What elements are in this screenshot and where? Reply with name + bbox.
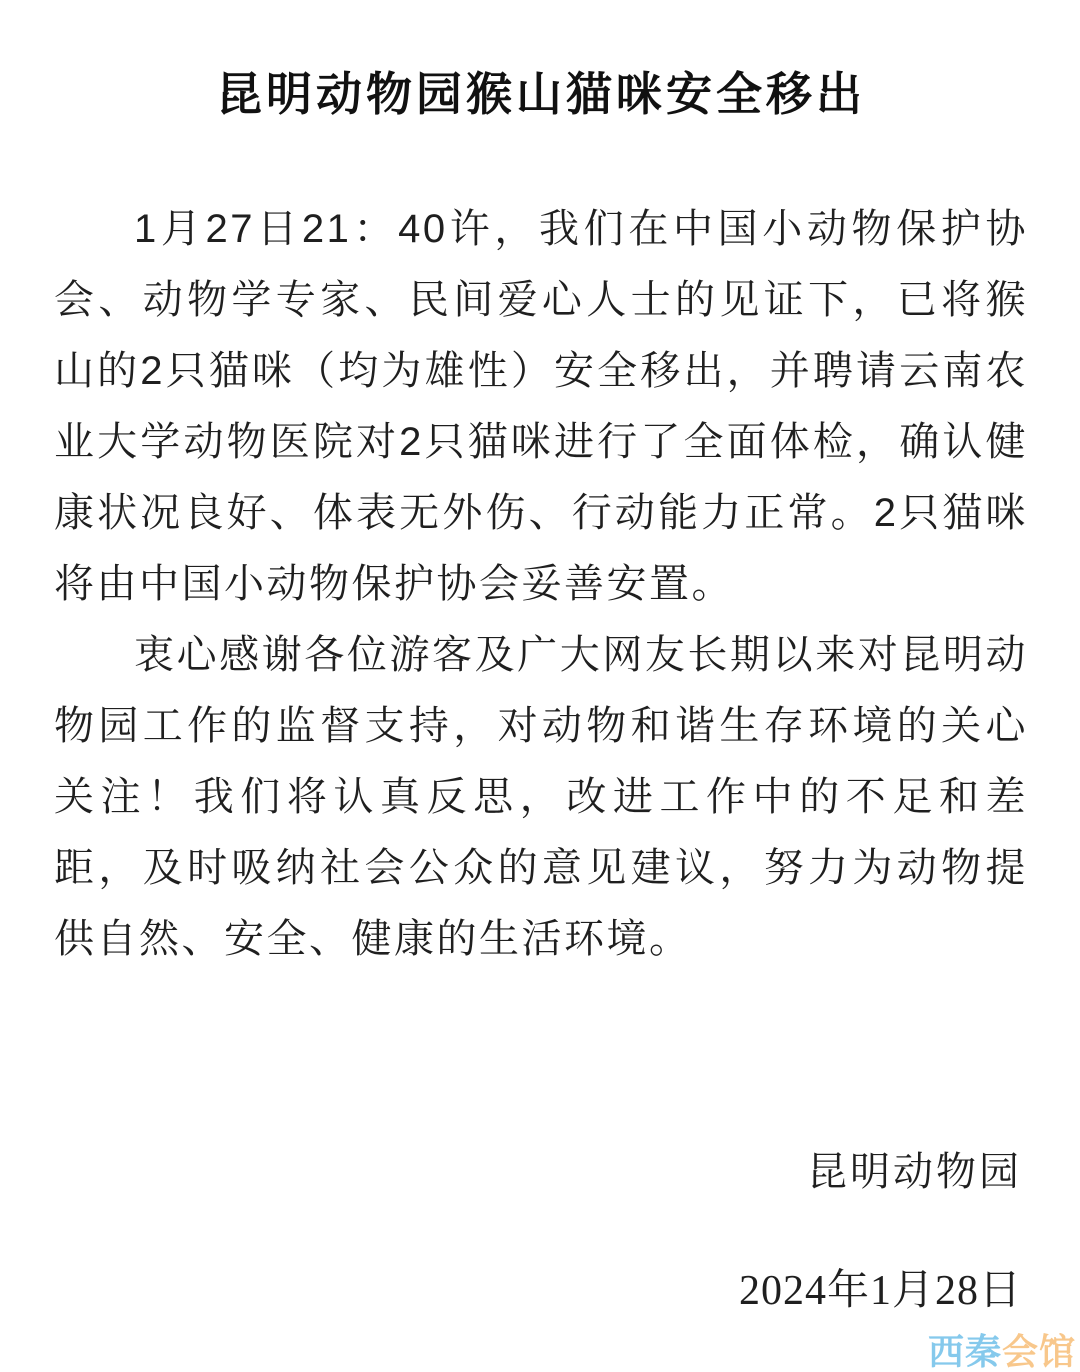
- paragraph-1: 1月27日21：40许，我们在中国小动物保护协会、动物学专家、民间爱心人士的见证…: [54, 194, 1028, 620]
- document-date: 2024年1月28日: [54, 1257, 1028, 1317]
- watermark-part1: 西秦: [928, 1331, 1002, 1372]
- watermark-part2: 会馆: [1002, 1331, 1076, 1372]
- paragraph-2: 衷心感谢各位游客及广大网友长期以来对昆明动物园工作的监督支持，对动物和谐生存环境…: [54, 620, 1028, 975]
- document-page: 昆明动物园猴山猫咪安全移出 1月27日21：40许，我们在中国小动物保护协会、动…: [0, 0, 1080, 1372]
- signature: 昆明动物园: [54, 1140, 1028, 1197]
- watermark-logo: 西秦会馆: [928, 1332, 1076, 1372]
- document-title: 昆明动物园猴山猫咪安全移出: [54, 58, 1028, 124]
